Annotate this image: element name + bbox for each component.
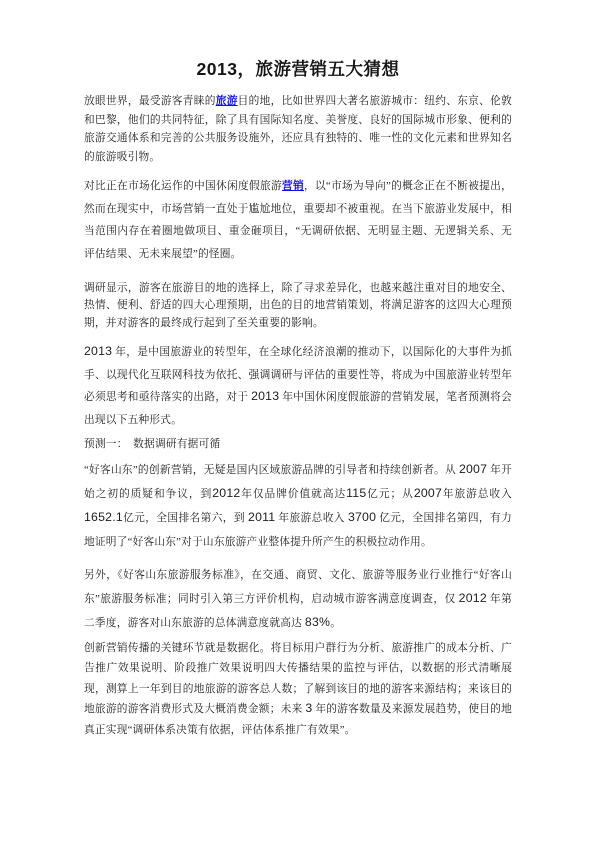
- numeric-text: 1652.1: [84, 510, 123, 524]
- numeric-text: 2007: [459, 462, 487, 476]
- heading-prediction-1: 预测一： 数据调研有据可循: [84, 434, 512, 455]
- numeric-text: 2013: [84, 344, 112, 358]
- numeric-text: 2011: [248, 510, 275, 524]
- para-survey-four-expectations: 调研显示，游客在旅游目的地的选择上，除了寻求差异化，也越来越注重对目的地安全、热…: [84, 280, 512, 332]
- para-2013-transition-year: 2013 年，是中国旅游业的转型年，在全球化经济浪潮的推动下，以国际化的大事件为…: [84, 341, 512, 431]
- para-service-standard: 另外，《好客山东旅游服务标准》，在交通、商贸、文化、旅游等服务业行业推行“好客山…: [84, 563, 512, 635]
- hyperlink[interactable]: 旅游: [216, 95, 238, 107]
- document-page: 2013，旅游营销五大猜想 放眼世界，最受游客青睐的旅游目的地，比如世界四大著名…: [0, 0, 595, 842]
- numeric-text: 2007: [414, 486, 442, 500]
- numeric-text: 2013: [251, 389, 279, 403]
- hyperlink[interactable]: 营销: [282, 180, 304, 192]
- numeric-text: 3: [305, 701, 312, 715]
- document-body: 放眼世界，最受游客青睐的旅游目的地，比如世界四大著名旅游城市：纽约、东京、伦敦和…: [84, 92, 512, 740]
- para-data-driven-marketing: 创新营销传播的关键环节就是数据化。将目标用户群行为分析、旅游推广的成本分析、广告…: [84, 638, 512, 741]
- numeric-text: 2012: [459, 591, 487, 605]
- numeric-text: 115: [346, 486, 366, 500]
- numeric-text: 83%: [305, 615, 330, 629]
- para-intro-world-cities: 放眼世界，最受游客青睐的旅游目的地，比如世界四大著名旅游城市：纽约、东京、伦敦和…: [84, 92, 512, 166]
- numeric-text: 2012: [212, 486, 240, 500]
- para-market-orientation: 对比正在市场化运作的中国休闲度假旅游营销，以“市场为导向”的概念正在不断被提出，…: [84, 175, 512, 265]
- document-title: 2013，旅游营销五大猜想: [84, 56, 512, 81]
- numeric-text: 3700: [348, 510, 376, 524]
- para-haoke-shandong-brand: “好客山东”的创新营销，无疑是国内区域旅游品牌的引导者和持续创新者。从 2007…: [84, 458, 512, 554]
